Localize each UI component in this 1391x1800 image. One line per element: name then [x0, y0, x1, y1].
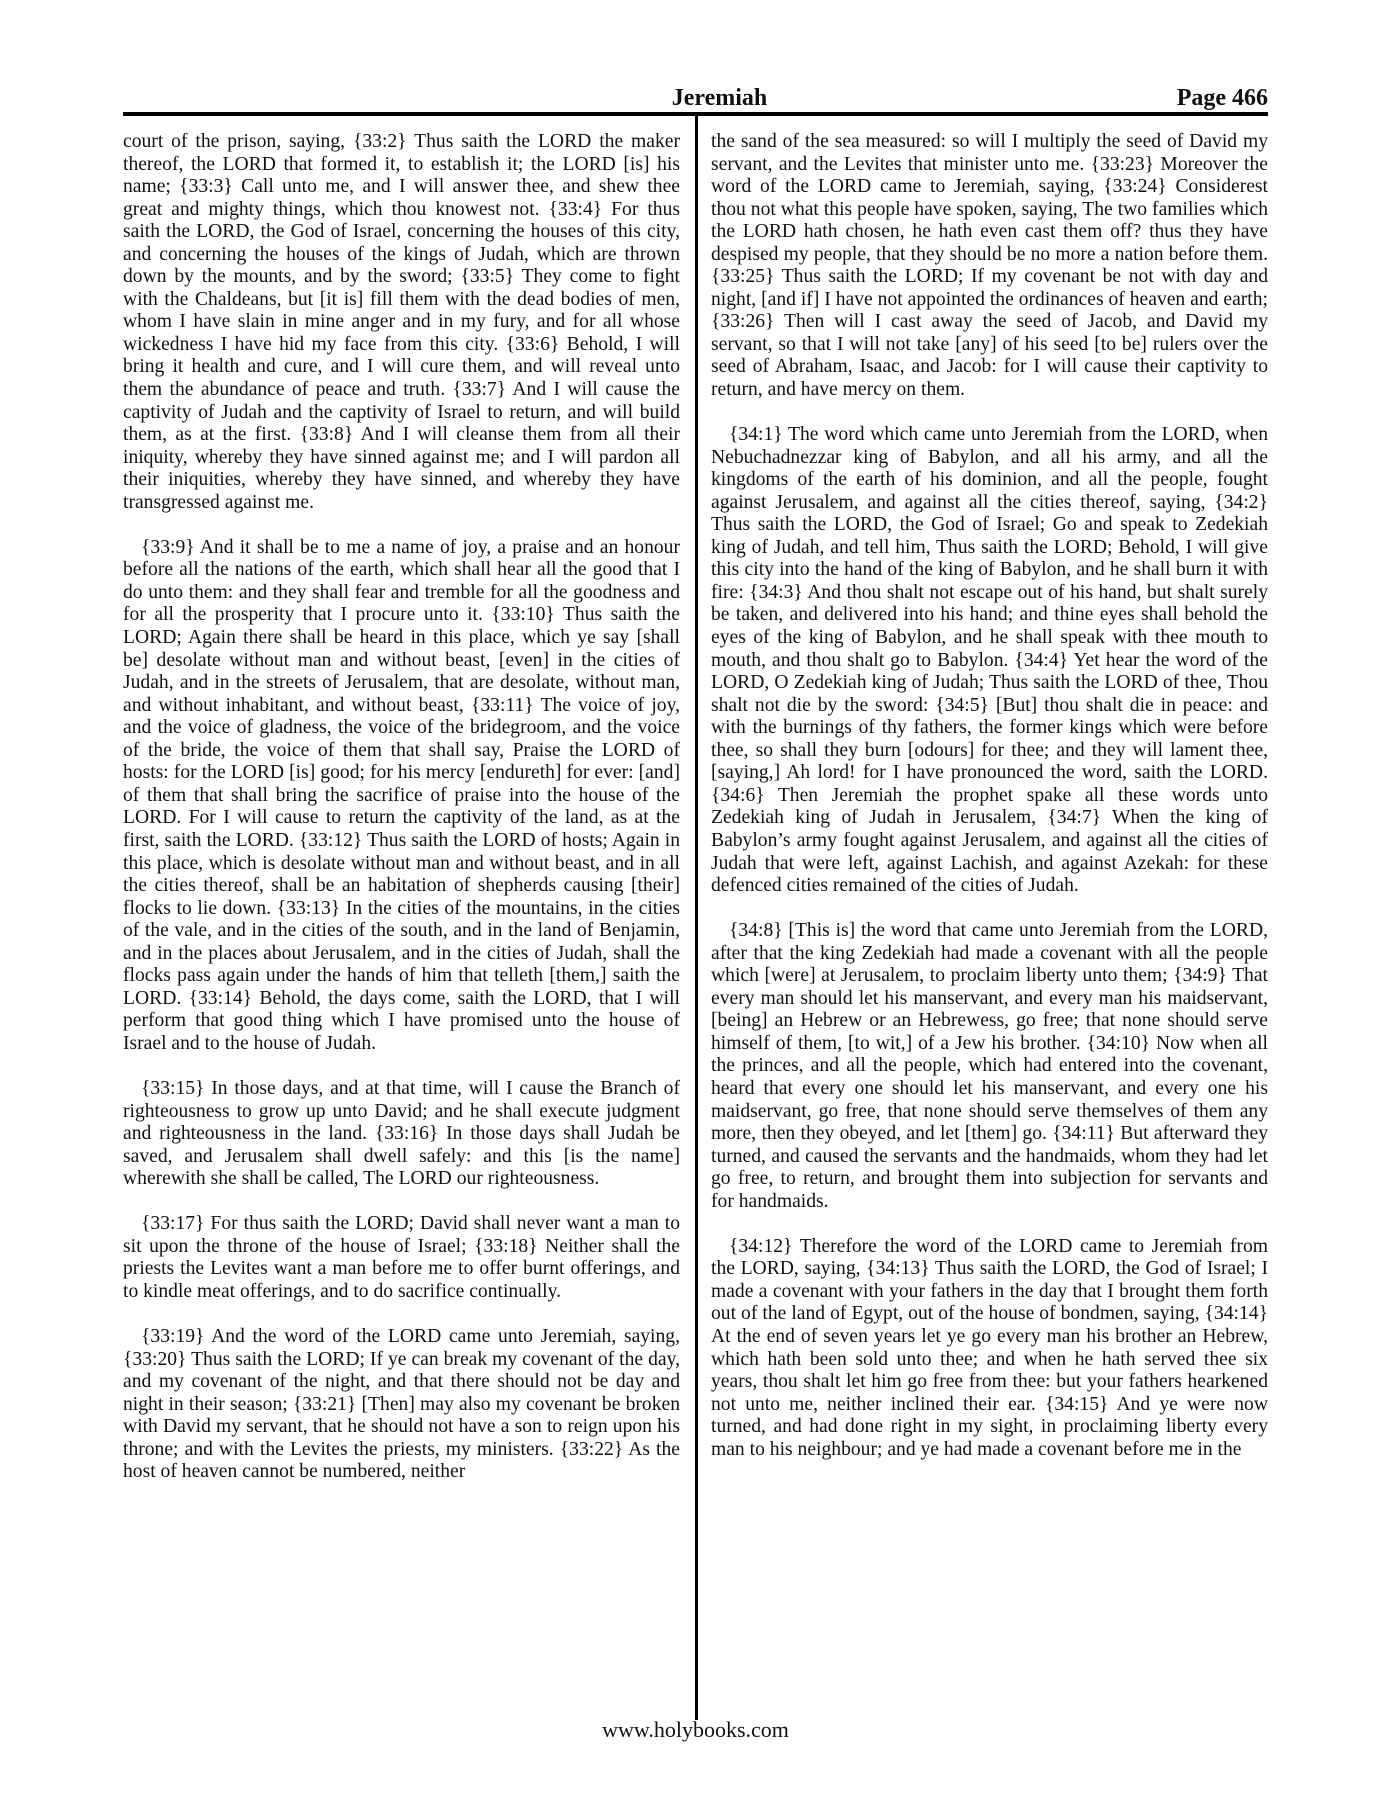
paragraph: the sand of the sea measured: so will I …	[711, 131, 1268, 402]
page-number: Page 466	[1177, 84, 1268, 112]
paragraph: {34:12} Therefore the word of the LORD c…	[711, 1236, 1268, 1461]
footer-website-link[interactable]: www.holybooks.com	[0, 1717, 1391, 1743]
paragraph: court of the prison, saying, {33:2} Thus…	[123, 131, 680, 514]
page-header: Jeremiah Page 466	[123, 84, 1268, 112]
paragraph: {34:8} [This is] the word that came unto…	[711, 920, 1268, 1213]
paragraph: {34:1} The word which came unto Jeremiah…	[711, 424, 1268, 897]
paragraph: {33:17} For thus saith the LORD; David s…	[123, 1213, 680, 1303]
paragraph: {33:9} And it shall be to me a name of j…	[123, 537, 680, 1056]
right-column: the sand of the sea measured: so will I …	[711, 131, 1268, 1461]
book-title: Jeremiah	[123, 84, 1268, 112]
paragraph: {33:19} And the word of the LORD came un…	[123, 1326, 680, 1484]
left-column: court of the prison, saying, {33:2} Thus…	[123, 131, 680, 1484]
paragraph: {33:15} In those days, and at that time,…	[123, 1078, 680, 1191]
column-divider	[695, 116, 698, 1720]
